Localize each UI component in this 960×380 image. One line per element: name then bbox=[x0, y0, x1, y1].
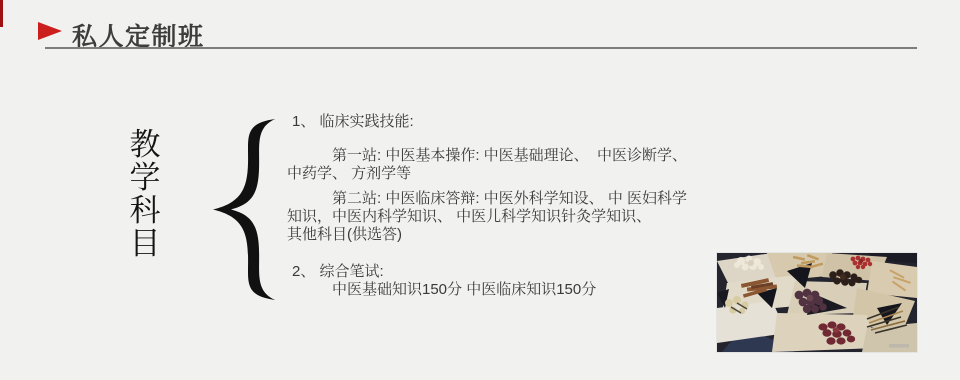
section-2-line: 中医基础知识150分 中医临床知识150分 bbox=[287, 281, 757, 299]
curly-brace-decoration bbox=[188, 116, 280, 303]
slide: { "slide": { "title": "私人定制班", "vertical… bbox=[0, 0, 960, 380]
station-2-line: 知识，中医内科学知识、 中医儿科学知识针灸学知识、 bbox=[287, 208, 757, 226]
vertical-section-label: 教学科目 bbox=[128, 128, 162, 260]
station-2-line: 第二站: 中医临床答辩: 中医外科学知设、 中 医妇科学 bbox=[287, 190, 757, 208]
station-1-line: 第一站: 中医基本操作: 中医基础理论、 中医诊断学、 bbox=[287, 147, 757, 165]
section-1-heading: 1、 临床实践技能: bbox=[287, 113, 757, 131]
title-underline bbox=[45, 47, 917, 49]
left-edge-accent-bar bbox=[0, 0, 3, 27]
chinese-herbs-photo bbox=[717, 253, 917, 352]
station-1-line: 中药学、 方剂学等 bbox=[287, 165, 757, 183]
teaching-subjects-text: 1、 临床实践技能: 第一站: 中医基本操作: 中医基础理论、 中医诊断学、 中… bbox=[287, 113, 757, 299]
title-triangle-icon bbox=[38, 22, 62, 40]
section-2-heading: 2、 综合笔试: bbox=[287, 263, 757, 281]
station-2-line: 其他科目(供选答) bbox=[287, 226, 757, 244]
